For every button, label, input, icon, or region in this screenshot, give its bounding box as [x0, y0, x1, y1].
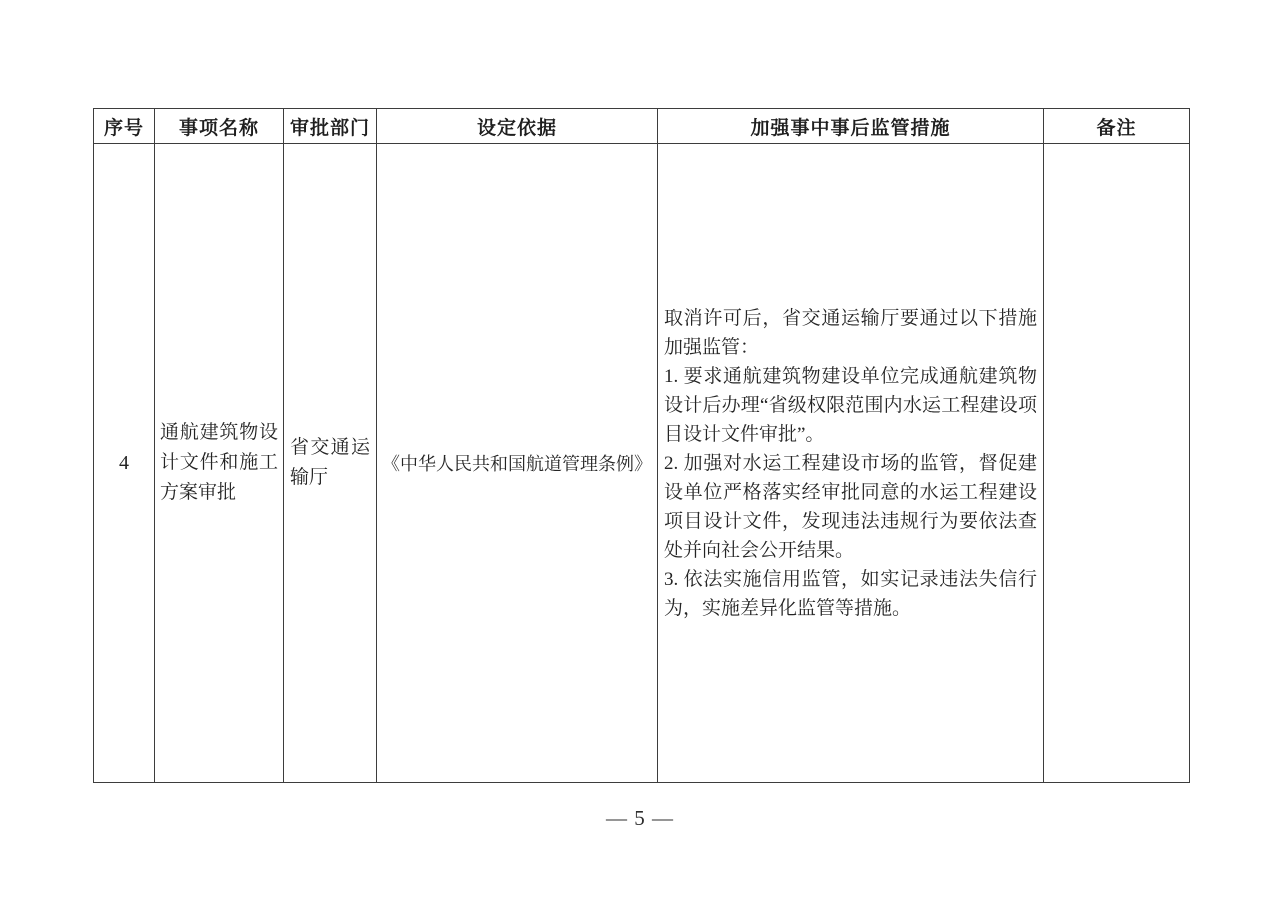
measures-item-1: 1. 要求通航建筑物建设单位完成通航建筑物设计后办理“省级权限范围内水运工程建设…: [664, 362, 1037, 449]
table-header-row: 序号 事项名称 审批部门 设定依据 加强事中事后监管措施 备注: [94, 109, 1190, 144]
header-item-name: 事项名称: [155, 109, 284, 144]
measures-intro: 取消许可后，省交通运输厅要通过以下措施加强监管：: [664, 304, 1037, 362]
measures-item-2: 2. 加强对水运工程建设市场的监管，督促建设单位严格落实经审批同意的水运工程建设…: [664, 449, 1037, 565]
page-number: — 5 —: [0, 806, 1280, 831]
cell-serial-number: 4: [94, 144, 155, 783]
document-page: 序号 事项名称 审批部门 设定依据 加强事中事后监管措施 备注 4 通航建筑物设…: [0, 0, 1280, 905]
table-row: 4 通航建筑物设计文件和施工方案审批 省交通运输厅 《中华人民共和国航道管理条例…: [94, 144, 1190, 783]
cell-approval-department: 省交通运输厅: [284, 144, 377, 783]
supervision-items-table: 序号 事项名称 审批部门 设定依据 加强事中事后监管措施 备注 4 通航建筑物设…: [93, 108, 1190, 783]
item-name-text: 通航建筑物设计文件和施工方案审批: [160, 418, 278, 508]
header-remarks: 备注: [1044, 109, 1190, 144]
cell-remarks: [1044, 144, 1190, 783]
cell-item-name: 通航建筑物设计文件和施工方案审批: [155, 144, 284, 783]
header-department: 审批部门: [284, 109, 377, 144]
cell-setting-basis: 《中华人民共和国航道管理条例》: [377, 144, 658, 783]
header-basis: 设定依据: [377, 109, 658, 144]
measures-item-3: 3. 依法实施信用监管，如实记录违法失信行为，实施差异化监管等措施。: [664, 565, 1037, 623]
cell-supervision-measures: 取消许可后，省交通运输厅要通过以下措施加强监管： 1. 要求通航建筑物建设单位完…: [658, 144, 1044, 783]
department-text: 省交通运输厅: [290, 433, 370, 493]
header-measures: 加强事中事后监管措施: [658, 109, 1044, 144]
header-serial: 序号: [94, 109, 155, 144]
